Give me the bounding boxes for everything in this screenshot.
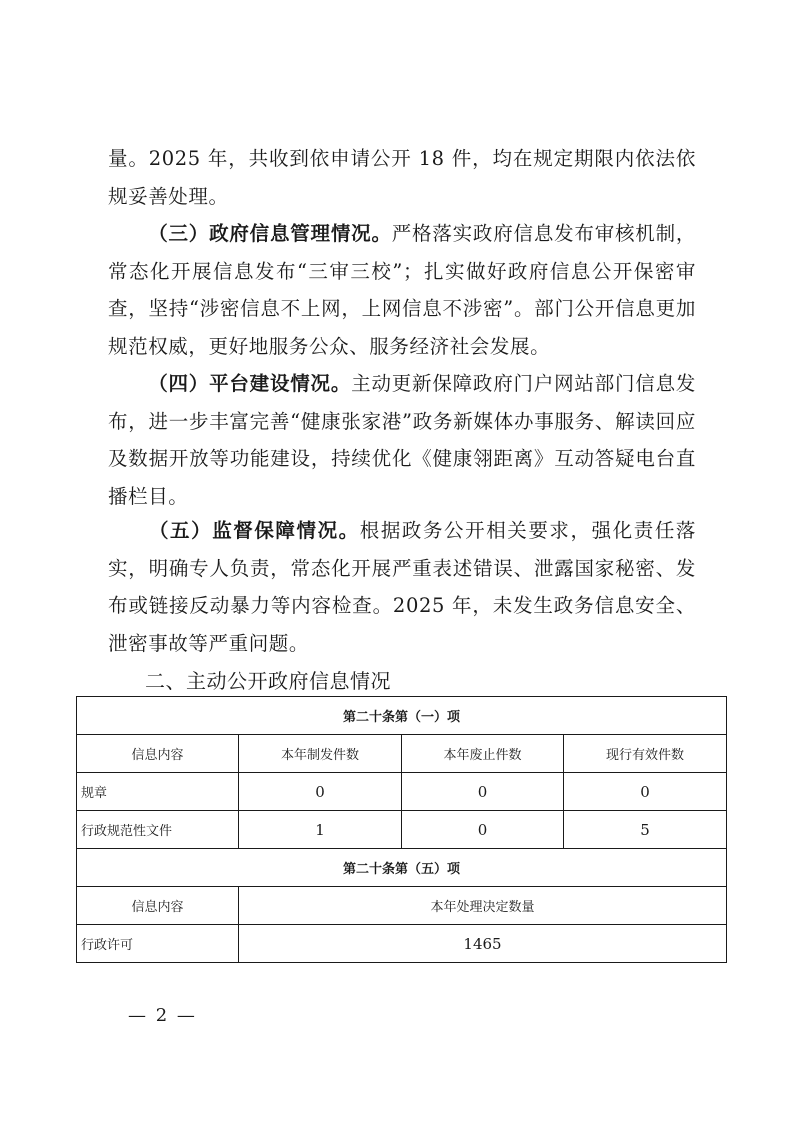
paragraph-heading: （五）监督保障情况。 — [148, 519, 360, 542]
page-number: — 2 — — [128, 1004, 197, 1028]
paragraph-info-management: （三）政府信息管理情况。严格落实政府信息发布审核机制，常态化开展信息发布“三审三… — [108, 215, 696, 365]
section-title: 第二十条第（一）项 — [77, 697, 727, 735]
section-title: 第二十条第（五）项 — [77, 849, 727, 887]
paragraph-heading: （三）政府信息管理情况。 — [148, 222, 392, 245]
column-header: 信息内容 — [77, 735, 239, 773]
table-row: 行政规范性文件 1 0 5 — [77, 811, 727, 849]
paragraph-text: 量。2025 年，共收到依申请公开 18 件，均在规定期限内依法依规妥善处理。 — [108, 147, 696, 208]
cell-repealed: 0 — [402, 811, 564, 849]
column-header: 本年废止件数 — [402, 735, 564, 773]
section-heading: 二、主动公开政府信息情况 — [145, 666, 391, 696]
column-header: 信息内容 — [77, 887, 239, 925]
cell-count: 1465 — [239, 925, 727, 963]
table-row: 规章 0 0 0 — [77, 773, 727, 811]
paragraph-supervision: （五）监督保障情况。根据政务公开相关要求，强化责任落实，明确专人负责，常态化开展… — [108, 512, 696, 662]
column-header: 现行有效件数 — [564, 735, 727, 773]
table-header-row: 信息内容 本年制发件数 本年废止件数 现行有效件数 — [77, 735, 727, 773]
cell-issued: 0 — [239, 773, 402, 811]
column-header: 本年处理决定数量 — [239, 887, 727, 925]
cell-issued: 1 — [239, 811, 402, 849]
row-label: 行政规范性文件 — [77, 811, 239, 849]
paragraph-platform-construction: （四）平台建设情况。主动更新保障政府门户网站部门信息发布，进一步丰富完善“健康张… — [108, 365, 696, 515]
row-label: 规章 — [77, 773, 239, 811]
cell-valid: 5 — [564, 811, 727, 849]
column-header: 本年制发件数 — [239, 735, 402, 773]
disclosure-table: 第二十条第（一）项 信息内容 本年制发件数 本年废止件数 现行有效件数 规章 0… — [76, 696, 727, 963]
paragraph-heading: （四）平台建设情况。 — [148, 372, 351, 395]
table-section-title-row: 第二十条第（一）项 — [77, 697, 727, 735]
cell-valid: 0 — [564, 773, 727, 811]
table-row: 行政许可 1465 — [77, 925, 727, 963]
cell-repealed: 0 — [402, 773, 564, 811]
row-label: 行政许可 — [77, 925, 239, 963]
table-header-row: 信息内容 本年处理决定数量 — [77, 887, 727, 925]
table-section-title-row: 第二十条第（五）项 — [77, 849, 727, 887]
paragraph-continuation: 量。2025 年，共收到依申请公开 18 件，均在规定期限内依法依规妥善处理。 — [108, 140, 696, 215]
